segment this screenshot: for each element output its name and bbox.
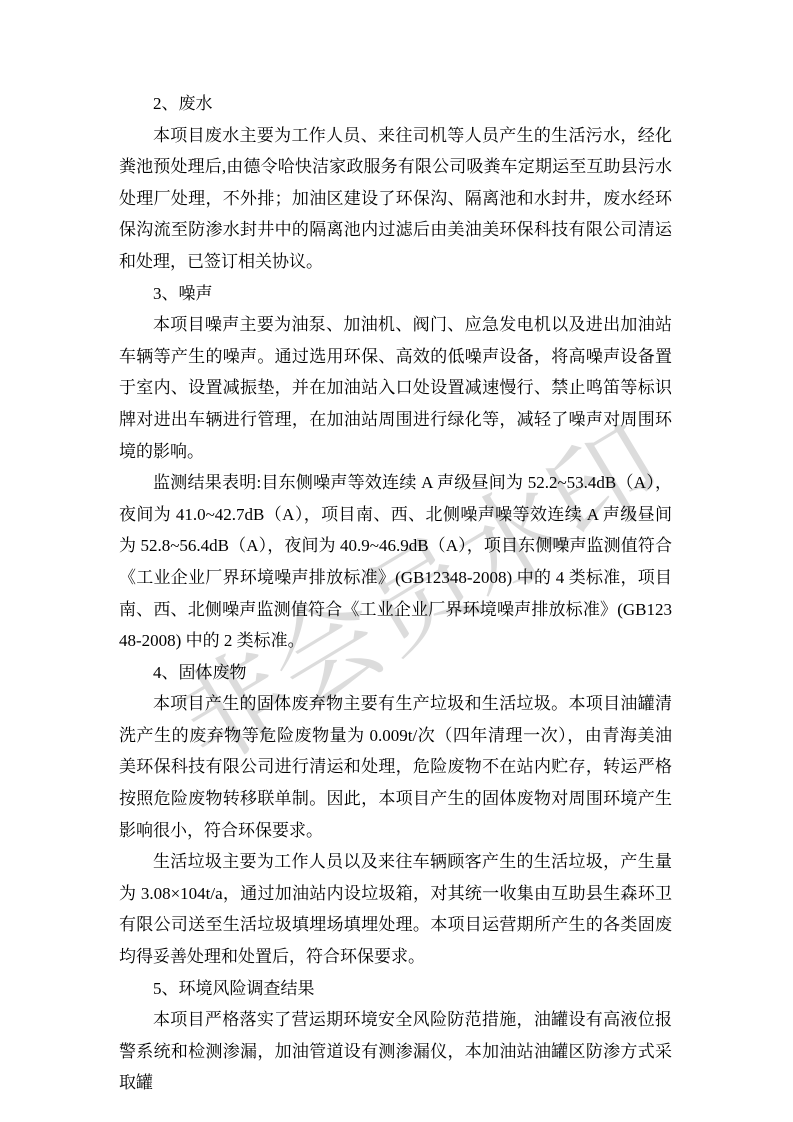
paragraph-environmental-risk: 本项目严格落实了营运期环境安全风险防范措施，油罐设有高液位报警系统和检测渗漏，加… bbox=[119, 1004, 672, 1099]
paragraph-wastewater: 本项目废水主要为工作人员、来往司机等人员产生的生活污水，经化粪池预处理后,由德令… bbox=[119, 120, 672, 278]
document-content: 2、废水 本项目废水主要为工作人员、来往司机等人员产生的生活污水，经化粪池预处理… bbox=[119, 88, 672, 1099]
paragraph-solid-waste-domestic: 生活垃圾主要为工作人员以及来往车辆顾客产生的生活垃圾，产生量为 3.08×104… bbox=[119, 846, 672, 972]
section-heading-wastewater: 2、废水 bbox=[119, 88, 672, 120]
paragraph-solid-waste-hazardous: 本项目产生的固体废弃物主要有生产垃圾和生活垃圾。本项目油罐清洗产生的废弃物等危险… bbox=[119, 688, 672, 846]
section-heading-solid-waste: 4、固体废物 bbox=[119, 657, 672, 689]
document-page: 非会员水印 2、废水 本项目废水主要为工作人员、来往司机等人员产生的生活污水，经… bbox=[0, 0, 793, 1122]
section-heading-noise: 3、噪声 bbox=[119, 278, 672, 310]
paragraph-noise-monitoring-results: 监测结果表明:目东侧噪声等效连续 A 声级昼间为 52.2~53.4dB（A），… bbox=[119, 467, 672, 657]
paragraph-noise-sources: 本项目噪声主要为油泵、加油机、阀门、应急发电机以及进出加油站车辆等产生的噪声。通… bbox=[119, 309, 672, 467]
section-heading-environmental-risk: 5、环境风险调查结果 bbox=[119, 973, 672, 1005]
